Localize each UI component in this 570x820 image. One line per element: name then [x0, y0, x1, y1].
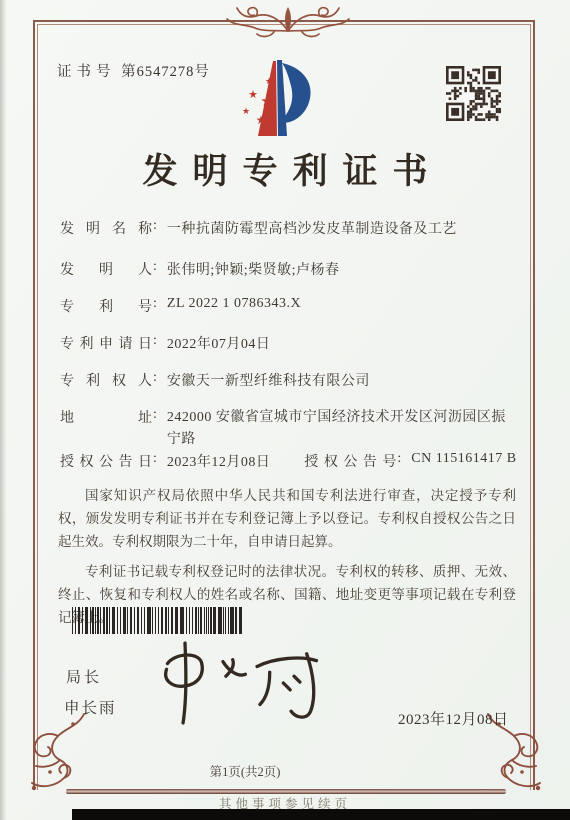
field-value: 2023年12月08日 [167, 451, 271, 471]
field-grant-date: 授权公告日: 2023年12月08日 [60, 451, 270, 471]
field-value: CN 115161417 B [411, 451, 516, 471]
field-colon: : [397, 451, 401, 471]
field-value: 2022年07月04日 [167, 333, 271, 353]
patent-certificate-page: 证书号 第6547278号 ★ ★ ★ ★ ★ 发明专利证书 发明名称: 一种抗… [0, 0, 570, 820]
signature-handwriting [148, 636, 333, 731]
page-indicator: 第1页(共2页) [175, 762, 315, 780]
svg-text:★: ★ [260, 92, 273, 110]
field-address: 地址: 242000 安徽省宣城市宁国经济技术开发区河沥园区振宁路 [60, 407, 519, 450]
svg-text:★: ★ [256, 113, 267, 127]
field-value: 张伟明;钟颖;柴贤敏;卢杨春 [167, 259, 340, 279]
svg-text:★: ★ [265, 77, 273, 87]
bottom-left-flourish [26, 712, 90, 796]
svg-text:★: ★ [242, 107, 250, 117]
field-colon: : [153, 333, 157, 349]
certificate-number: 证书号 第6547278号 [57, 60, 210, 81]
issue-date: 2023年12月08日 [398, 708, 509, 729]
barcode-icon [72, 607, 244, 634]
signer-name-label: 申长雨 [64, 696, 117, 718]
field-invention-name: 发明名称: 一种抗菌防霉型高档沙发皮革制造设备及工艺 [60, 218, 457, 238]
field-grant-number: 授权公告号: CN 115161417 B [304, 451, 516, 471]
field-colon: : [153, 370, 157, 386]
signer-post-label: 局长 [66, 666, 102, 687]
field-colon: : [153, 296, 157, 312]
qr-code-icon [446, 66, 501, 121]
field-colon: : [153, 259, 157, 275]
certificate-number-label: 证书号 [57, 64, 116, 80]
field-label: 授权公告日 [60, 451, 152, 471]
field-label: 发明人 [60, 259, 152, 279]
field-inventors: 发明人: 张伟明;钟颖;柴贤敏;卢杨春 [60, 259, 340, 279]
field-patent-number: 专利号: ZL 2022 1 0786343.X [60, 296, 301, 316]
field-label: 发明名称 [60, 218, 152, 238]
svg-text:★: ★ [248, 88, 258, 101]
legal-paragraph-1: 国家知识产权局依照中华人民共和国专利法进行审查，决定授予专利权，颁发发明专利证书… [58, 484, 516, 554]
certificate-title: 发明专利证书 [0, 144, 570, 194]
field-colon: : [153, 218, 157, 234]
field-value: 安徽天一新型纤维科技有限公司 [167, 370, 370, 390]
cnipa-logo-icon: ★ ★ ★ ★ ★ [227, 56, 322, 144]
top-ornament-flourish [224, 1, 352, 45]
field-label: 地址 [60, 407, 152, 427]
field-colon: : [153, 451, 157, 471]
field-grant-row: 授权公告日: 2023年12月08日 授权公告号: CN 115161417 B [60, 451, 517, 471]
field-label: 专利号 [60, 296, 152, 316]
field-value: ZL 2022 1 0786343.X [167, 296, 301, 312]
field-value: 242000 安徽省宣城市宁国经济技术开发区河沥园区振宁路 [167, 407, 519, 450]
scan-black-bar [72, 809, 570, 820]
field-filing-date: 专利申请日: 2022年07月04日 [60, 333, 270, 353]
field-label: 授权公告号 [304, 451, 396, 471]
field-label: 专利权人 [60, 370, 152, 390]
field-patentee: 专利权人: 安徽天一新型纤维科技有限公司 [60, 370, 370, 390]
field-label: 专利申请日 [60, 333, 152, 353]
field-value: 一种抗菌防霉型高档沙发皮革制造设备及工艺 [167, 218, 457, 238]
scan-edge-shadow [0, 0, 7, 820]
field-colon: : [153, 407, 157, 423]
certificate-number-value: 第6547278号 [121, 64, 210, 80]
